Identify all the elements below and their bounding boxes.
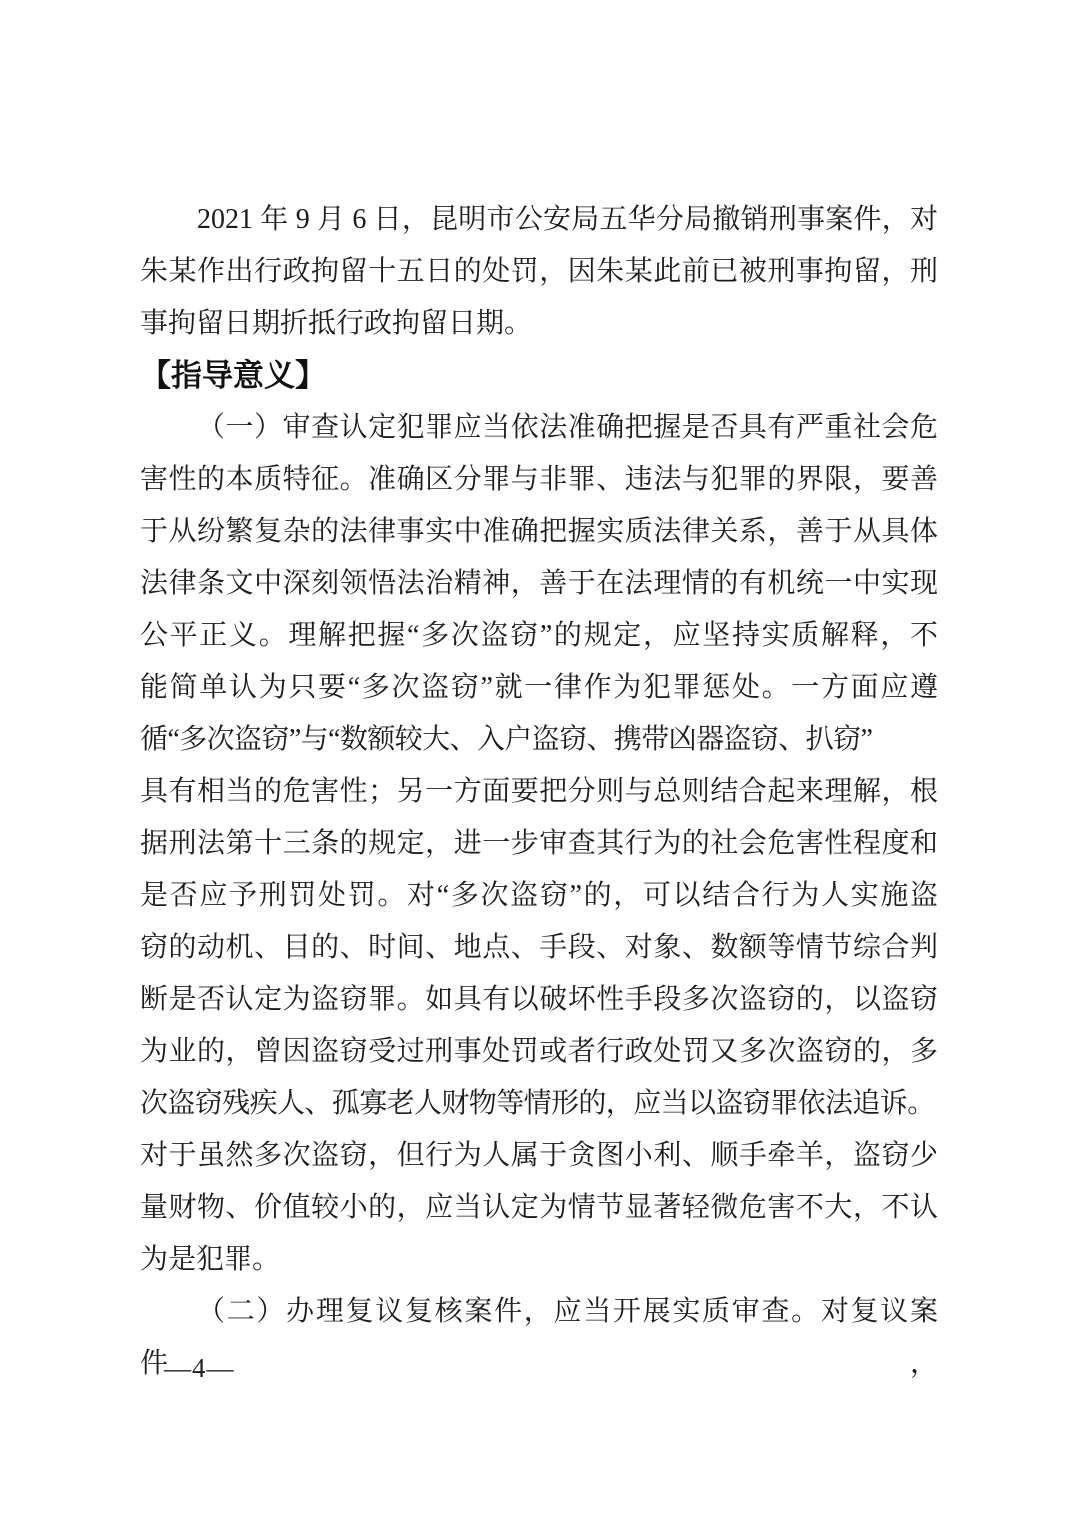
fact-paragraph: 2021 年 9 月 6 日，昆明市公安局五华分局撤销刑事案件，对朱某作出行政拘… bbox=[140, 194, 938, 350]
guidance-point-two: （二）办理复议复核案件，应当开展实质审查。对复议案件， bbox=[140, 1286, 938, 1338]
text-line: 法律条文中深刻领悟法治精神，善于在法理情的有机统一中实现 bbox=[140, 558, 938, 610]
text-line: 朱某作出行政拘留十五日的处罚，因朱某此前已被刑事拘留，刑 bbox=[140, 246, 938, 298]
text-line: 于从纷繁复杂的法律事实中准确把握实质法律关系，善于从具体 bbox=[140, 506, 938, 558]
text-line: 对于虽然多次盗窃，但行为人属于贪图小利、顺手牵羊，盗窃少 bbox=[140, 1130, 938, 1182]
text-line: （一）审查认定犯罪应当依法准确把握是否具有严重社会危 bbox=[140, 402, 938, 454]
page-number: —4— bbox=[164, 1346, 235, 1390]
text-line: 害性的本质特征。准确区分罪与非罪、违法与犯罪的界限，要善 bbox=[140, 454, 938, 506]
text-line: （二）办理复议复核案件，应当开展实质审查。对复议案件， bbox=[140, 1286, 938, 1338]
text-line: 事拘留日期折抵行政拘留日期。 bbox=[140, 298, 938, 350]
text-line: 具有相当的危害性；另一方面要把分则与总则结合起来理解，根 bbox=[140, 766, 938, 818]
text-line: 循“多次盗窃”与“数额较大、入户盗窃、携带凶器盗窃、扒窃” bbox=[140, 714, 938, 766]
text-line: 据刑法第十三条的规定，进一步审查其行为的社会危害性程度和 bbox=[140, 818, 938, 870]
guidance-heading: 【指导意义】 bbox=[140, 350, 938, 402]
text-line: 次盗窃残疾人、孤寡老人财物等情形的，应当以盗窃罪依法追诉。 bbox=[140, 1078, 938, 1130]
text-line: 量财物、价值较小的，应当认定为情节显著轻微危害不大，不认 bbox=[140, 1182, 938, 1234]
text-line: 为业的，曾因盗窃受过刑事处罚或者行政处罚又多次盗窃的，多 bbox=[140, 1026, 938, 1078]
guidance-point-one: （一）审查认定犯罪应当依法准确把握是否具有严重社会危害性的本质特征。准确区分罪与… bbox=[140, 402, 938, 1286]
document-body: 2021 年 9 月 6 日，昆明市公安局五华分局撤销刑事案件，对朱某作出行政拘… bbox=[140, 194, 938, 1338]
text-line: 公平正义。理解把握“多次盗窃”的规定，应坚持实质解释，不 bbox=[140, 610, 938, 662]
text-line: 2021 年 9 月 6 日，昆明市公安局五华分局撤销刑事案件，对 bbox=[140, 194, 938, 246]
text-line: 断是否认定为盗窃罪。如具有以破坏性手段多次盗窃的，以盗窃 bbox=[140, 974, 938, 1026]
text-line: 窃的动机、目的、时间、地点、手段、对象、数额等情节综合判 bbox=[140, 922, 938, 974]
text-line: 是否应予刑罚处罚。对“多次盗窃”的，可以结合行为人实施盗 bbox=[140, 870, 938, 922]
document-page: 2021 年 9 月 6 日，昆明市公安局五华分局撤销刑事案件，对朱某作出行政拘… bbox=[0, 0, 1074, 1520]
text-line: 能简单认为只要“多次盗窃”就一律作为犯罪惩处。一方面应遵 bbox=[140, 662, 938, 714]
text-line: 为是犯罪。 bbox=[140, 1234, 938, 1286]
